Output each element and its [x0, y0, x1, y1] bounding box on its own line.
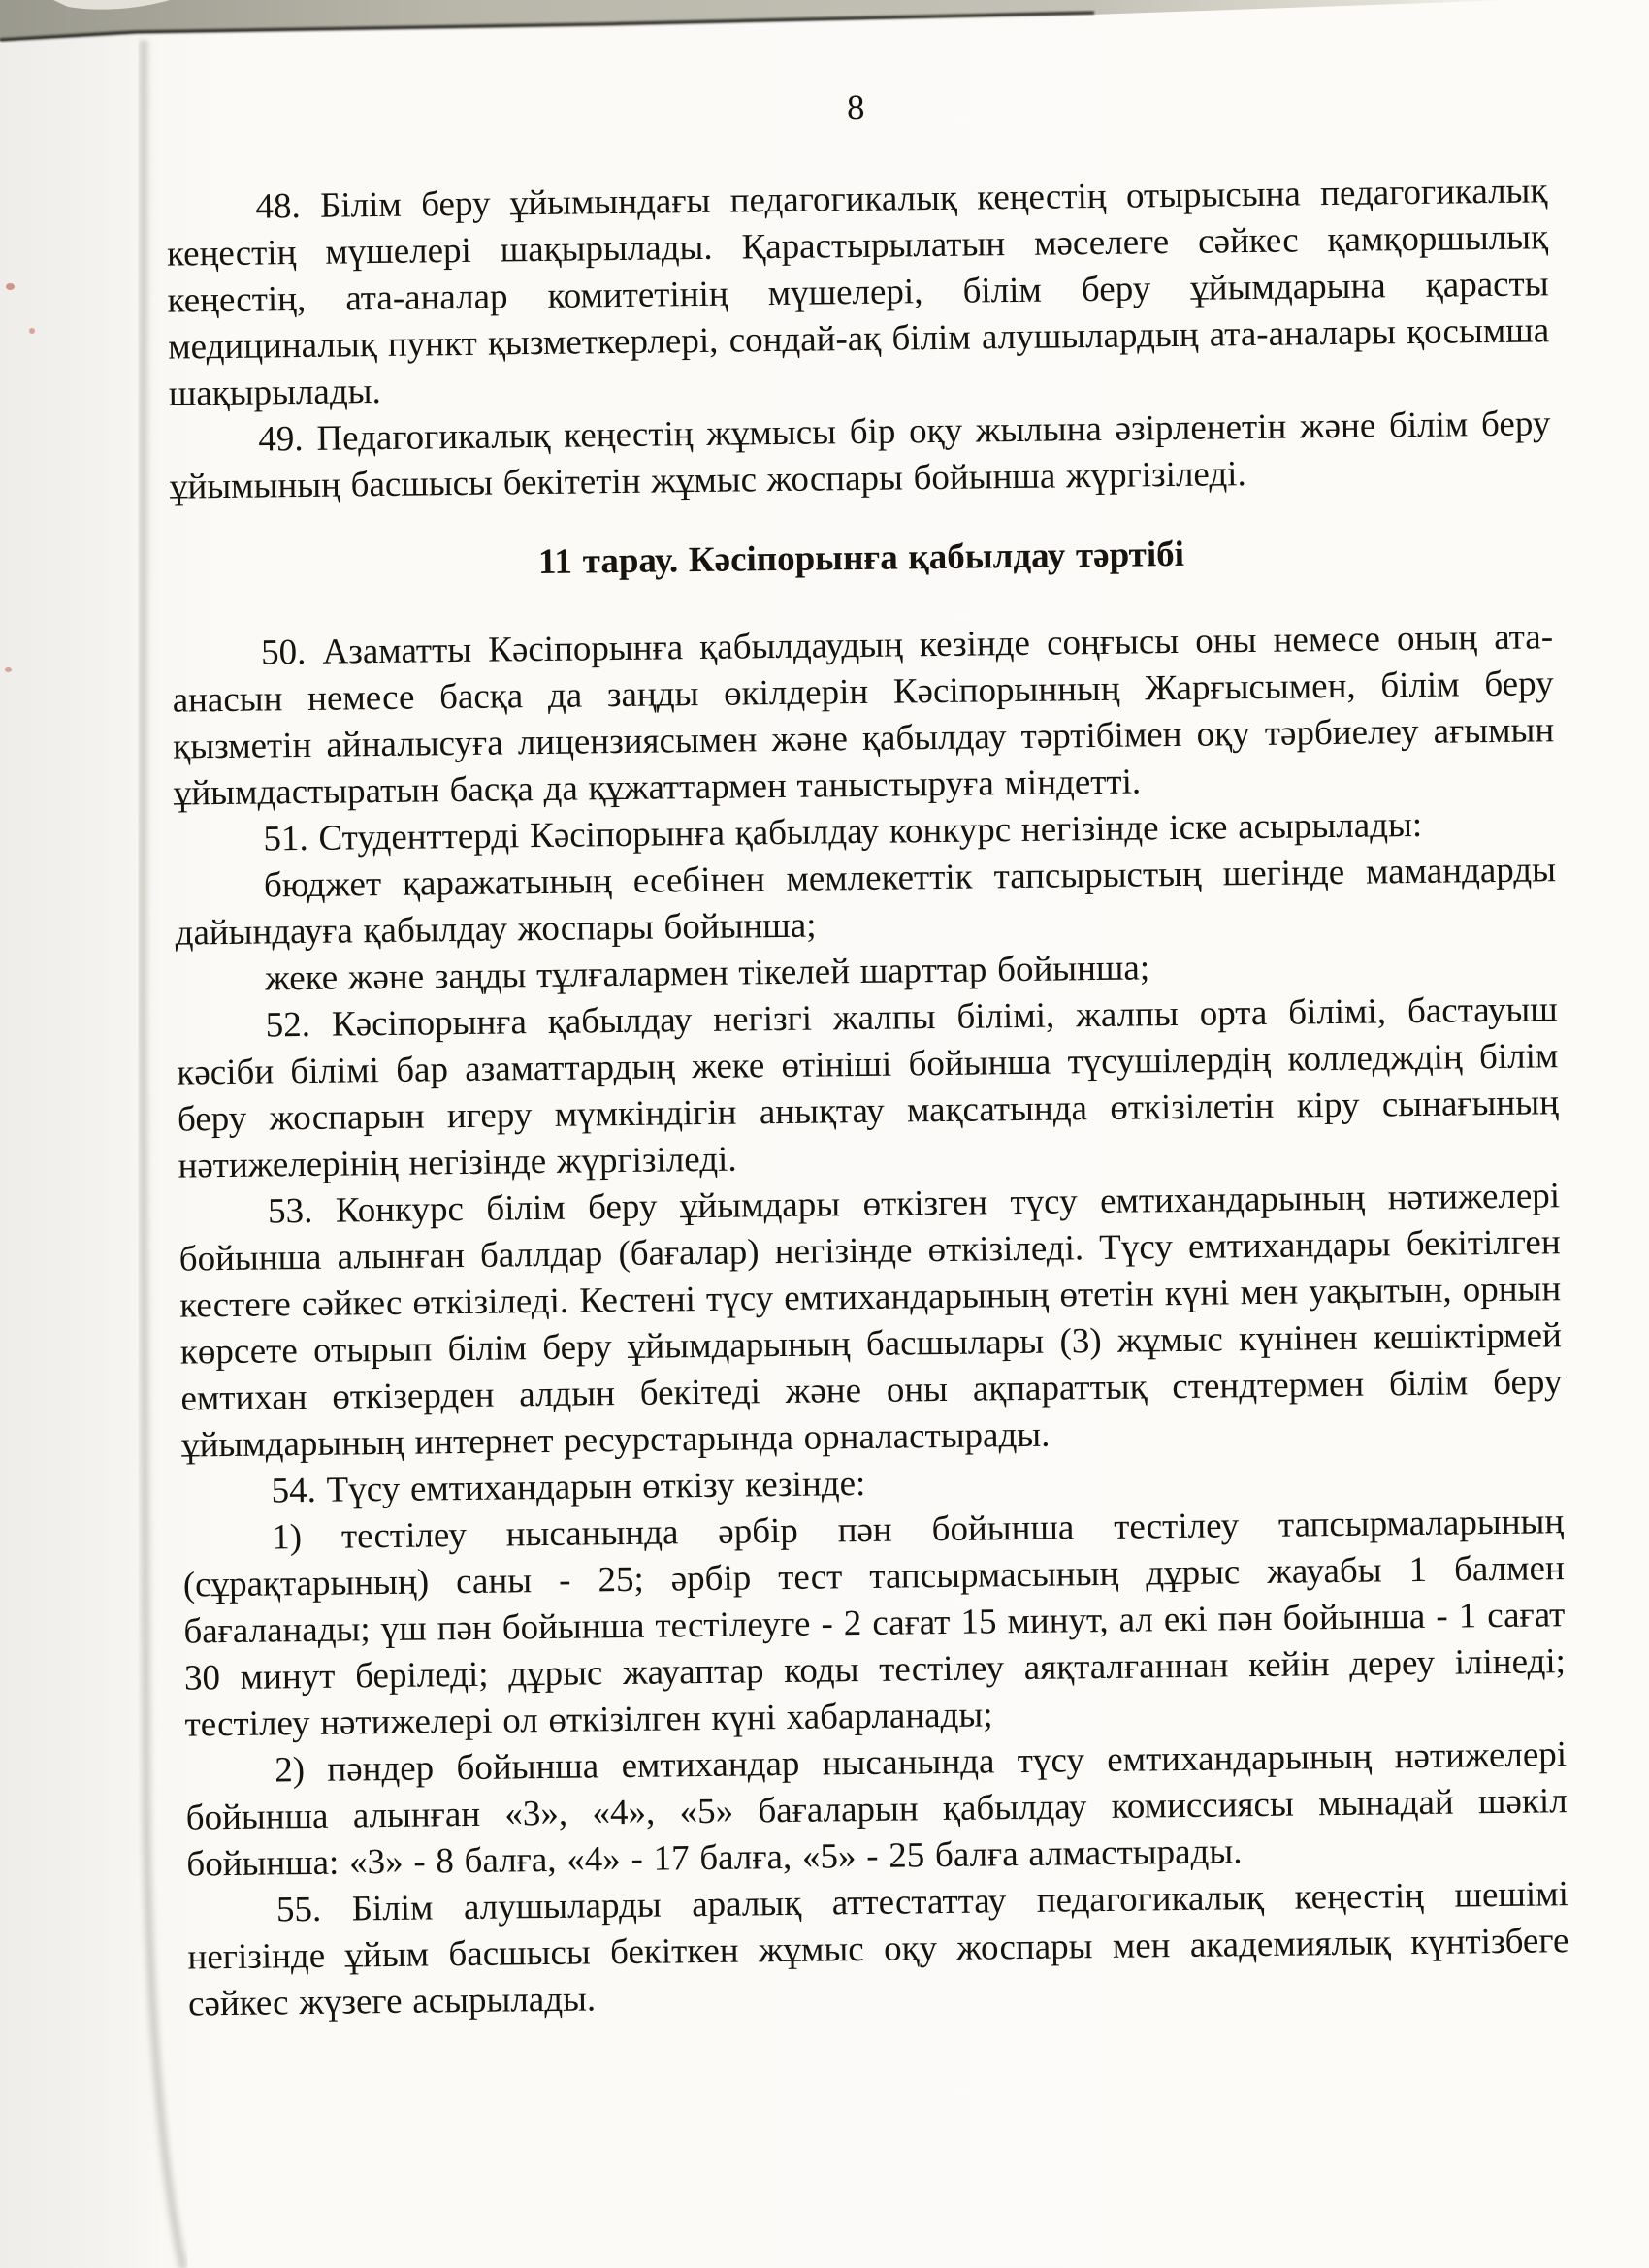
ink-speck [6, 283, 15, 290]
paragraph: 50. Азаматты Кәсіпорынға қабылдаудың кез… [172, 614, 1555, 817]
paragraph: 53. Конкурс білім беру ұйымдары өткізген… [178, 1173, 1563, 1469]
paragraph: 49. Педагогикалық кеңестің жұмысы бір оқ… [169, 401, 1551, 510]
paragraph: 52. Кәсіпорынға қабылдау негізгі жалпы б… [177, 987, 1560, 1189]
scanned-document-page: 8 48. Білім беру ұйымындағы педагогикалы… [0, 0, 1649, 2268]
document-body: 8 48. Білім беру ұйымындағы педагогикалы… [165, 77, 1569, 2027]
paragraph: 1) тестілеу нысанында әрбір пән бойынша … [182, 1499, 1567, 1748]
chapter-heading: 11 тарау. Кәсіпорынға қабылдау тәртібі [171, 527, 1552, 590]
paragraph-container: 48. Білім беру ұйымындағы педагогикалық … [166, 168, 1569, 2027]
paragraph: бюджет қаражатының есебінен мемлекеттік … [175, 847, 1557, 956]
ink-speck [5, 667, 12, 672]
paragraph: 55. Білім алушыларды аралық аттестаттау … [187, 1871, 1570, 2027]
paragraph: 48. Білім беру ұйымындағы педагогикалық … [166, 168, 1550, 417]
ink-speck [29, 328, 35, 334]
paragraph: 2) пәндер бойынша емтихандар нысанында т… [185, 1732, 1568, 1888]
